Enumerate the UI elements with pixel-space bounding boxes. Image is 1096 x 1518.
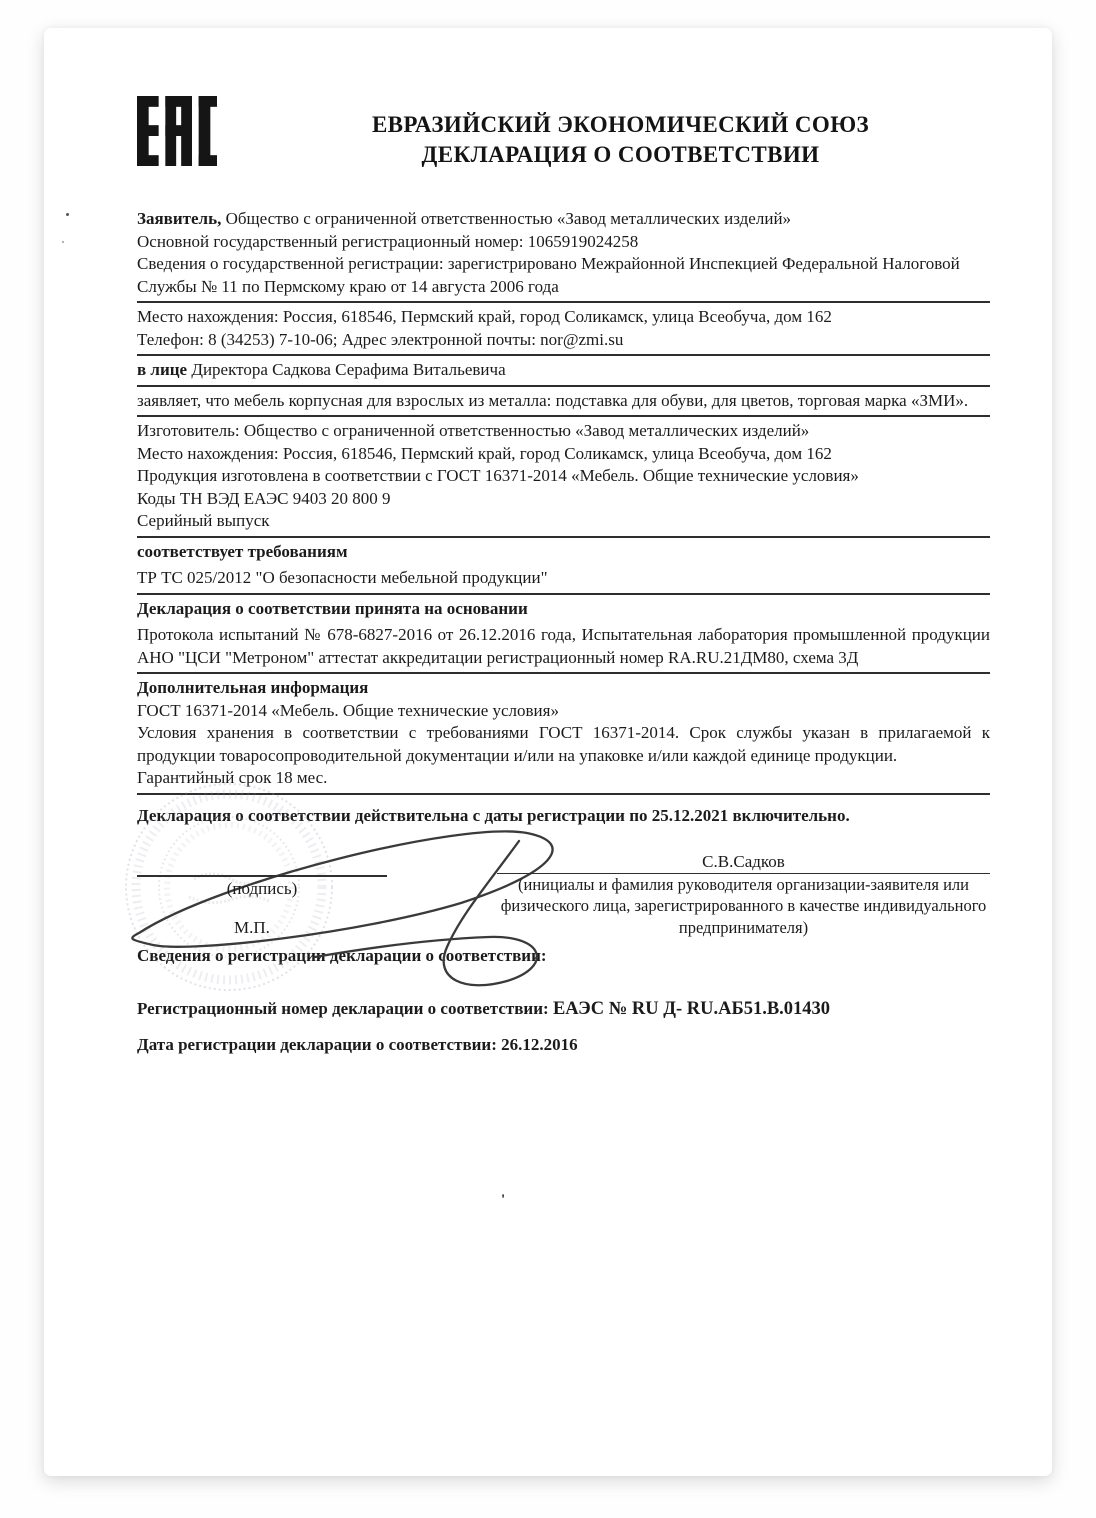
document-content: ЕВРАЗИЙСКИЙ ЭКОНОМИЧЕСКИЙ СОЮЗ ДЕКЛАРАЦИ… [137,28,990,1057]
applicant-registration-info: Сведения о государственной регистрации: … [137,253,990,298]
registration-number-line: Регистрационный номер декларации о соотв… [137,998,990,1021]
manufacturer-address: Место нахождения: Россия, 618546, Пермск… [137,443,990,466]
signature-caption: (подпись) [137,878,387,901]
person-line: в лице Директора Садкова Серафима Виталь… [137,359,990,382]
manufacturer-serial: Серийный выпуск [137,510,990,533]
divider [137,415,990,417]
divider [137,301,990,303]
registration-date-value: 26.12.2016 [501,1035,578,1054]
manufacturer-gost: Продукция изготовлена в соответствии с Г… [137,465,990,488]
scan-stray-mark: ' [501,1192,505,1209]
compliance-heading: соответствует требованиям [137,541,990,564]
person-label: в лице [137,360,187,379]
divider [137,385,990,387]
eac-logo-icon [137,96,217,168]
document-body: Заявитель, Общество с ограниченной ответ… [137,208,990,1057]
additional-storage: Условия хранения в соответствии с требов… [137,722,990,767]
applicant-address: Место нахождения: Россия, 618546, Пермск… [137,306,990,329]
document-page: ' [44,28,1052,1476]
applicant-name: Общество с ограниченной ответственностью… [221,209,791,228]
manufacturer-name: Изготовитель: Общество с ограниченной от… [137,420,990,443]
registration-number-label: Регистрационный номер декларации о соотв… [137,999,553,1018]
applicant-line: Заявитель, Общество с ограниченной ответ… [137,208,990,231]
additional-gost: ГОСТ 16371-2014 «Мебель. Общие техническ… [137,700,990,723]
manufacturer-tnved: Коды ТН ВЭД ЕАЭС 9403 20 800 9 [137,488,990,511]
scan-speck [66,213,69,216]
document-title: ЕВРАЗИЙСКИЙ ЭКОНОМИЧЕСКИЙ СОЮЗ ДЕКЛАРАЦИ… [217,96,990,170]
document-header: ЕВРАЗИЙСКИЙ ЭКОНОМИЧЕСКИЙ СОЮЗ ДЕКЛАРАЦИ… [137,96,990,170]
applicant-phone: Телефон: 8 (34253) 7-10-06; Адрес электр… [137,329,990,352]
divider [137,672,990,674]
registration-date-line: Дата регистрации декларации о соответств… [137,1034,990,1057]
scan-speck [62,241,64,243]
person-name: Директора Садкова Серафима Витальевича [187,360,506,379]
name-caption: (инициалы и фамилия руководителя организ… [497,874,990,939]
title-line-1: ЕВРАЗИЙСКИЙ ЭКОНОМИЧЕСКИЙ СОЮЗ [251,110,990,140]
registration-heading: Сведения о регистрации декларации о соот… [137,945,990,968]
signature-row: (подпись) М.П. С.В.Садков (инициалы и фа… [137,851,990,939]
basis-heading: Декларация о соответствии принята на осн… [137,598,990,621]
signature-left-column: (подпись) М.П. [137,851,387,939]
divider [137,593,990,595]
validity-statement: Декларация о соответствии действительна … [137,805,990,828]
divider [137,354,990,356]
declaration-subject: заявляет, что мебель корпусная для взрос… [137,390,990,413]
stamp-place-caption: М.П. [137,917,387,940]
applicant-label: Заявитель, [137,209,221,228]
additional-warranty: Гарантийный срок 18 мес. [137,767,990,790]
applicant-ogrn: Основной государственный регистрационный… [137,231,990,254]
registration-number-value: ЕАЭС № RU Д- RU.АБ51.В.01430 [553,999,830,1019]
basis-text: Протокола испытаний № 678-6827-2016 от 2… [137,624,990,669]
registration-date-label: Дата регистрации декларации о соответств… [137,1035,501,1054]
divider [137,536,990,538]
additional-heading: Дополнительная информация [137,677,990,700]
signature-line [137,875,387,877]
divider [137,793,990,795]
signature-right-column: С.В.Садков (инициалы и фамилия руководит… [497,851,990,939]
head-name: С.В.Садков [497,851,990,873]
title-line-2: ДЕКЛАРАЦИЯ О СООТВЕТСТВИИ [251,140,990,170]
signature-area: Декларация о соответствии действительна … [137,805,990,1057]
compliance-regulation: ТР ТС 025/2012 "О безопасности мебельной… [137,567,990,590]
